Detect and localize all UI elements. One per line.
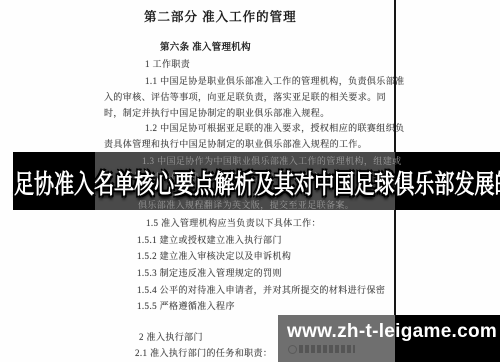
stamp-icon [288,345,297,354]
part-heading: 第二部分 准入工作的管理 [144,7,297,25]
doc-line-2: 2 准入执行部门 [139,330,203,343]
overlay-banner-title: 足协准入名单核心要点解析及其对中国足球俱乐部发展的影响 [14,170,500,199]
doc-line-1-5-4: 1.5.4 公平的对待准入申请者，并对其所提交的材料进行保密 [137,283,385,296]
doc-line-1-2-wrap: 责具体管理和执行中国足协制定的职业俱乐部准入规程的工作。 [104,137,367,150]
faint-stamp-text [299,345,355,353]
scanned-document-page: 第二部分 准入工作的管理 第六条 准入管理机构 1 工作职责 1.1 中国足协是… [0,0,500,362]
doc-line-1-5-5: 1.5.5 严格遵循准入程序 [137,299,235,312]
doc-line-1-1-wrap-a: 入的审核、评估等事项，向亚足联负责，落实亚足联的相关要求。同 [104,90,386,103]
doc-line-1-1-wrap-b: 时，制定并执行中国足协制定的职业俱乐部准入规程。 [104,106,330,119]
doc-line-duties: 1 工作职责 [145,57,190,70]
doc-line-1-5: 1.5 准入管理机构应当负责以下具体工作： [146,216,321,229]
section-heading: 第六条 准入管理机构 [160,39,251,53]
doc-line-1-2: 1.2 中国足协可根据亚足联的准入要求，授权相应的联赛组织负 [145,121,405,134]
doc-line-1-5-1: 1.5.1 建立或授权建立准入执行部门 [137,233,282,246]
doc-line-2-1: 2.1 准入执行部门的任务和职责： [135,346,272,359]
band-line-1-3: 1.3 中国足协作为中国职业俱乐部准入工作的管理机构，组建或 [142,154,402,167]
band-line-1-4-wrap: 俱乐部准入规程翻译为英文版，提交至亚足联备案。 [138,198,354,211]
watermark-url: www.zh-t-leigame.com [287,321,497,343]
doc-line-1-1: 1.1 中国足协是职业俱乐部准入工作的管理机构，负责俱乐部准 [145,74,405,87]
doc-line-1-5-3: 1.5.3 制定违反准入管理规定的罚则 [137,266,282,279]
doc-line-1-5-2: 1.5.2 建立准入审核决定以及申诉机构 [137,249,291,262]
